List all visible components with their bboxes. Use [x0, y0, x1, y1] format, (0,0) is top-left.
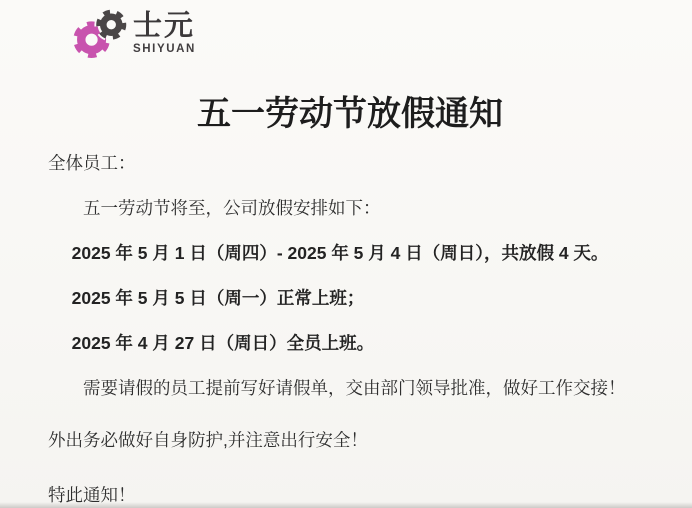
- closing-line: 特此通知！: [48, 484, 652, 506]
- brand-text: 士元 SHIYUAN: [133, 8, 196, 56]
- safety-reminder-line: 外出务必做好自身防护,并注意出行安全！: [48, 429, 652, 451]
- notice-intro-line: 五一劳动节将至，公司放假安排如下：: [48, 197, 652, 219]
- notice-title: 五一劳动节放假通知: [48, 94, 652, 134]
- notice-document: 士元 SHIYUAN 五一劳动节放假通知 全体员工： 五一劳动节将至，公司放假安…: [0, 0, 692, 508]
- brand-name-cn: 士元: [133, 10, 196, 42]
- makeup-workday-line: 2025 年 4 月 27 日（周日）全员上班。: [48, 332, 652, 354]
- leave-request-line: 需要请假的员工提前写好请假单，交由部门领导批准，做好工作交接！: [48, 377, 652, 399]
- notice-salutation: 全体员工：: [48, 152, 652, 174]
- gear-logo-icon: [70, 8, 130, 62]
- brand-name-en: SHIYUAN: [133, 43, 196, 56]
- company-logo: 士元 SHIYUAN: [70, 8, 652, 64]
- holiday-date-range-line: 2025 年 5 月 1 日（周四）- 2025 年 5 月 4 日（周日），共…: [48, 242, 652, 264]
- back-to-work-line: 2025 年 5 月 5 日（周一）正常上班；: [48, 287, 652, 309]
